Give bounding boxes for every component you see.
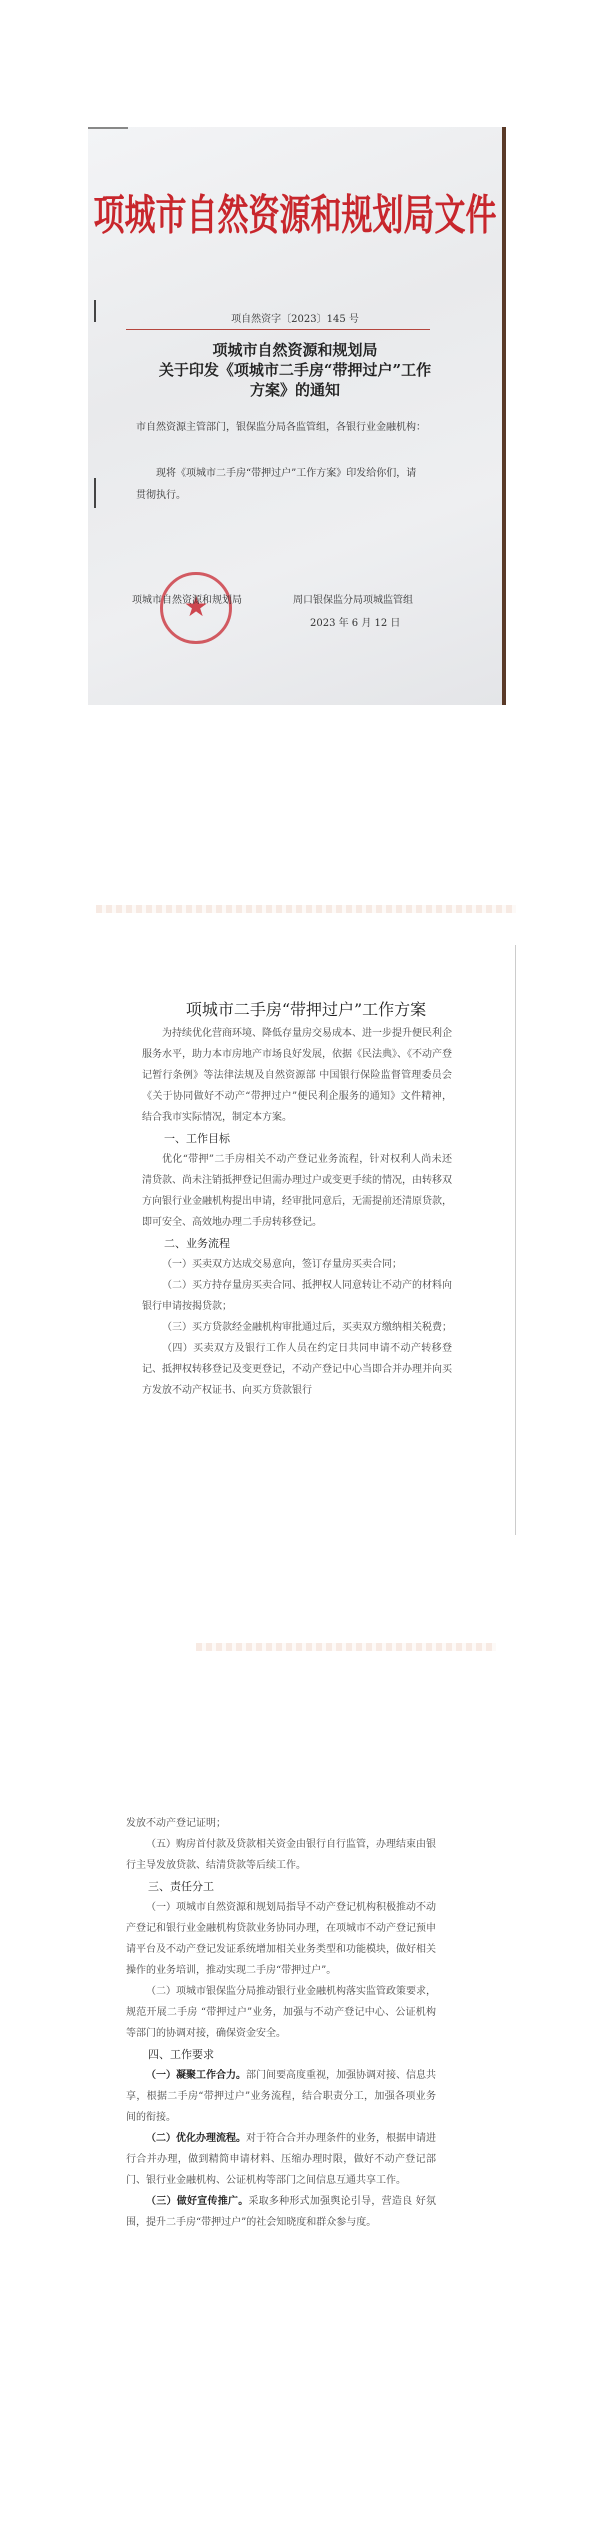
list-item: （二）优化办理流程。对于符合合并办理条件的业务，根据申请进行合并办理，做到精简申… <box>126 2128 436 2191</box>
continuation-text: 发放不动产登记证明； <box>126 1813 436 1834</box>
list-item: （一）买卖双方达成交易意向，签订存量房买卖合同； <box>142 1254 452 1275</box>
binding-mark <box>94 478 96 508</box>
section-heading: 二、业务流程 <box>142 1233 452 1254</box>
list-item: （四）买卖双方及银行工作人员在约定日共同申请不动产转移登记、抵押权转移登记及变更… <box>142 1338 452 1401</box>
notice-title: 项城市自然资源和规划局 关于印发《项城市二手房“带押过户”工作 方案》的通知 <box>88 340 502 400</box>
signatory-right: 周口银保监分局项城监管组 <box>293 591 413 606</box>
official-seal: ★ <box>160 572 232 644</box>
plan-body-continued: 发放不动产登记证明； （五）购房首付款及贷款相关资金由银行自行监管，办理结束由银… <box>126 1813 436 2233</box>
scan-artifact <box>196 1643 496 1651</box>
red-letterhead: 项城市自然资源和规划局文件 <box>88 181 502 242</box>
list-item: （一）项城市自然资源和规划局指导不动产登记机构积极推动不动产登记和银行业金融机构… <box>126 1897 436 1981</box>
scan-artifact <box>96 905 516 913</box>
red-divider <box>126 329 430 330</box>
notice-body: 现将《项城市二手房“带押过户”工作方案》印发给你们，请贯彻执行。 <box>136 463 426 507</box>
intro-paragraph: 为持续优化营商环境、降低存量房交易成本、进一步提升便民利企服务水平，助力本市房地… <box>142 1023 452 1128</box>
list-item: （一）凝聚工作合力。部门间要高度重视，加强协调对接、信息共享，根据二手房“带押过… <box>126 2065 436 2128</box>
cover-notice-page: 项城市自然资源和规划局文件 项自然资字〔2023〕145 号 项城市自然资源和规… <box>88 127 506 705</box>
page-edge <box>515 945 516 1535</box>
addressee: 市自然资源主管部门，银保监分局各监管组，各银行业金融机构： <box>136 417 426 439</box>
list-item: （五）购房首付款及贷款相关资金由银行自行监管，办理结束由银行主导发放贷款、结清贷… <box>126 1834 436 1876</box>
item-lead: （三）做好宣传推广。 <box>146 2196 248 2207</box>
plan-title: 项城市二手房“带押过户”工作方案 <box>96 997 516 1020</box>
title-line-2: 关于印发《项城市二手房“带押过户”工作 <box>88 360 502 380</box>
item-lead: （一）凝聚工作合力。 <box>146 2070 246 2081</box>
list-item: （二）买方持存量房买卖合同、抵押权人同意转让不动产的材料向银行申请按揭贷款； <box>142 1275 452 1317</box>
work-plan-page-2: 发放不动产登记证明； （五）购房首付款及贷款相关资金由银行自行监管，办理结束由银… <box>96 1773 496 2333</box>
section-paragraph: 优化“带押”二手房相关不动产登记业务流程，针对权利人尚未还清贷款、尚未注销抵押登… <box>142 1149 452 1233</box>
list-item: （三）买方贷款经金融机构审批通过后，买卖双方缴纳相关税费； <box>142 1317 452 1338</box>
title-line-3: 方案》的通知 <box>88 380 502 400</box>
list-item: （三）做好宣传推广。采取多种形式加强舆论引导，营造良 好氛围，提升二手房“带押过… <box>126 2191 436 2233</box>
binding-mark <box>94 300 96 322</box>
item-lead: （二）优化办理流程。 <box>146 2133 246 2144</box>
section-heading: 一、工作目标 <box>142 1128 452 1149</box>
work-plan-page-1: 项城市二手房“带押过户”工作方案 为持续优化营商环境、降低存量房交易成本、进一步… <box>96 905 516 1535</box>
list-item: （二）项城市银保监分局推动银行业金融机构落实监管政策要求，规范开展二手房 “带押… <box>126 1981 436 2044</box>
section-heading: 三、责任分工 <box>126 1876 436 1897</box>
issue-date: 2023 年 6 月 12 日 <box>310 614 400 629</box>
title-line-1: 项城市自然资源和规划局 <box>88 340 502 360</box>
document-number: 项自然资字〔2023〕145 号 <box>88 310 502 325</box>
plan-body: 为持续优化营商环境、降低存量房交易成本、进一步提升便民利企服务水平，助力本市房地… <box>142 1023 452 1401</box>
section-heading: 四、工作要求 <box>126 2044 436 2065</box>
paper-edge <box>88 127 128 129</box>
signatory-left: 项城市自然资源和规划局 <box>132 591 242 606</box>
